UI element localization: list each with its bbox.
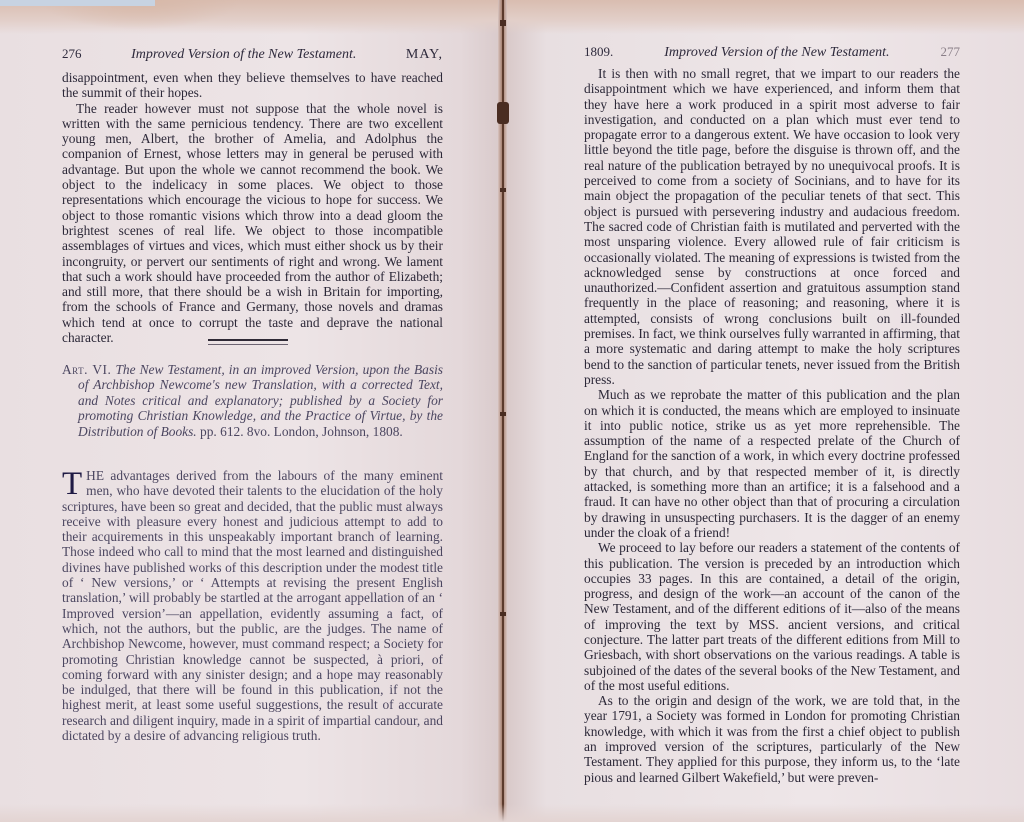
article-heading: Art. VI. The New Testament, in an improv… (62, 362, 443, 439)
left-page-top-text: disappointment, even when they believe t… (62, 70, 443, 345)
paragraph: The reader however must not suppose that… (62, 101, 443, 346)
drop-cap: T (62, 470, 82, 498)
running-title: Improved Version of the New Testament. (131, 47, 356, 63)
article-body: THE advantages derived from the labours … (62, 468, 443, 743)
paragraph: We proceed to lay before our readers a s… (584, 540, 960, 693)
right-running-head: 1809. Improved Version of the New Testam… (584, 44, 960, 61)
article-details: pp. 612. 8vo. London, Johnson, 1808. (200, 424, 403, 439)
running-title: Improved Version of the New Testament. (664, 45, 889, 61)
binding-knot (500, 412, 506, 416)
binding-knot (500, 188, 506, 192)
article-body-text: advantages derived from the labours of t… (62, 468, 443, 743)
running-month: MAY, (406, 47, 443, 63)
paragraph: As to the origin and design of the work,… (584, 693, 960, 785)
article-label: Art. VI. (62, 362, 111, 377)
binding-knot (497, 102, 509, 124)
bottom-page-edge (0, 804, 1024, 822)
first-word-rest: HE (86, 468, 104, 483)
right-page-text: It is then with no small regret, that we… (584, 66, 960, 785)
background-edge (0, 0, 155, 6)
binding-knot (500, 612, 506, 616)
page-number: 276 (62, 46, 82, 62)
section-divider-rule (208, 339, 288, 345)
book-spread: 276 Improved Version of the New Testamen… (0, 0, 1024, 822)
paragraph: disappointment, even when they believe t… (62, 70, 443, 101)
binding-knot (500, 20, 506, 26)
left-running-head: 276 Improved Version of the New Testamen… (62, 46, 443, 63)
running-year: 1809. (584, 44, 613, 60)
paragraph: Much as we reprobate the matter of this … (584, 387, 960, 540)
paragraph: It is then with no small regret, that we… (584, 66, 960, 387)
page-number: 277 (941, 44, 961, 60)
